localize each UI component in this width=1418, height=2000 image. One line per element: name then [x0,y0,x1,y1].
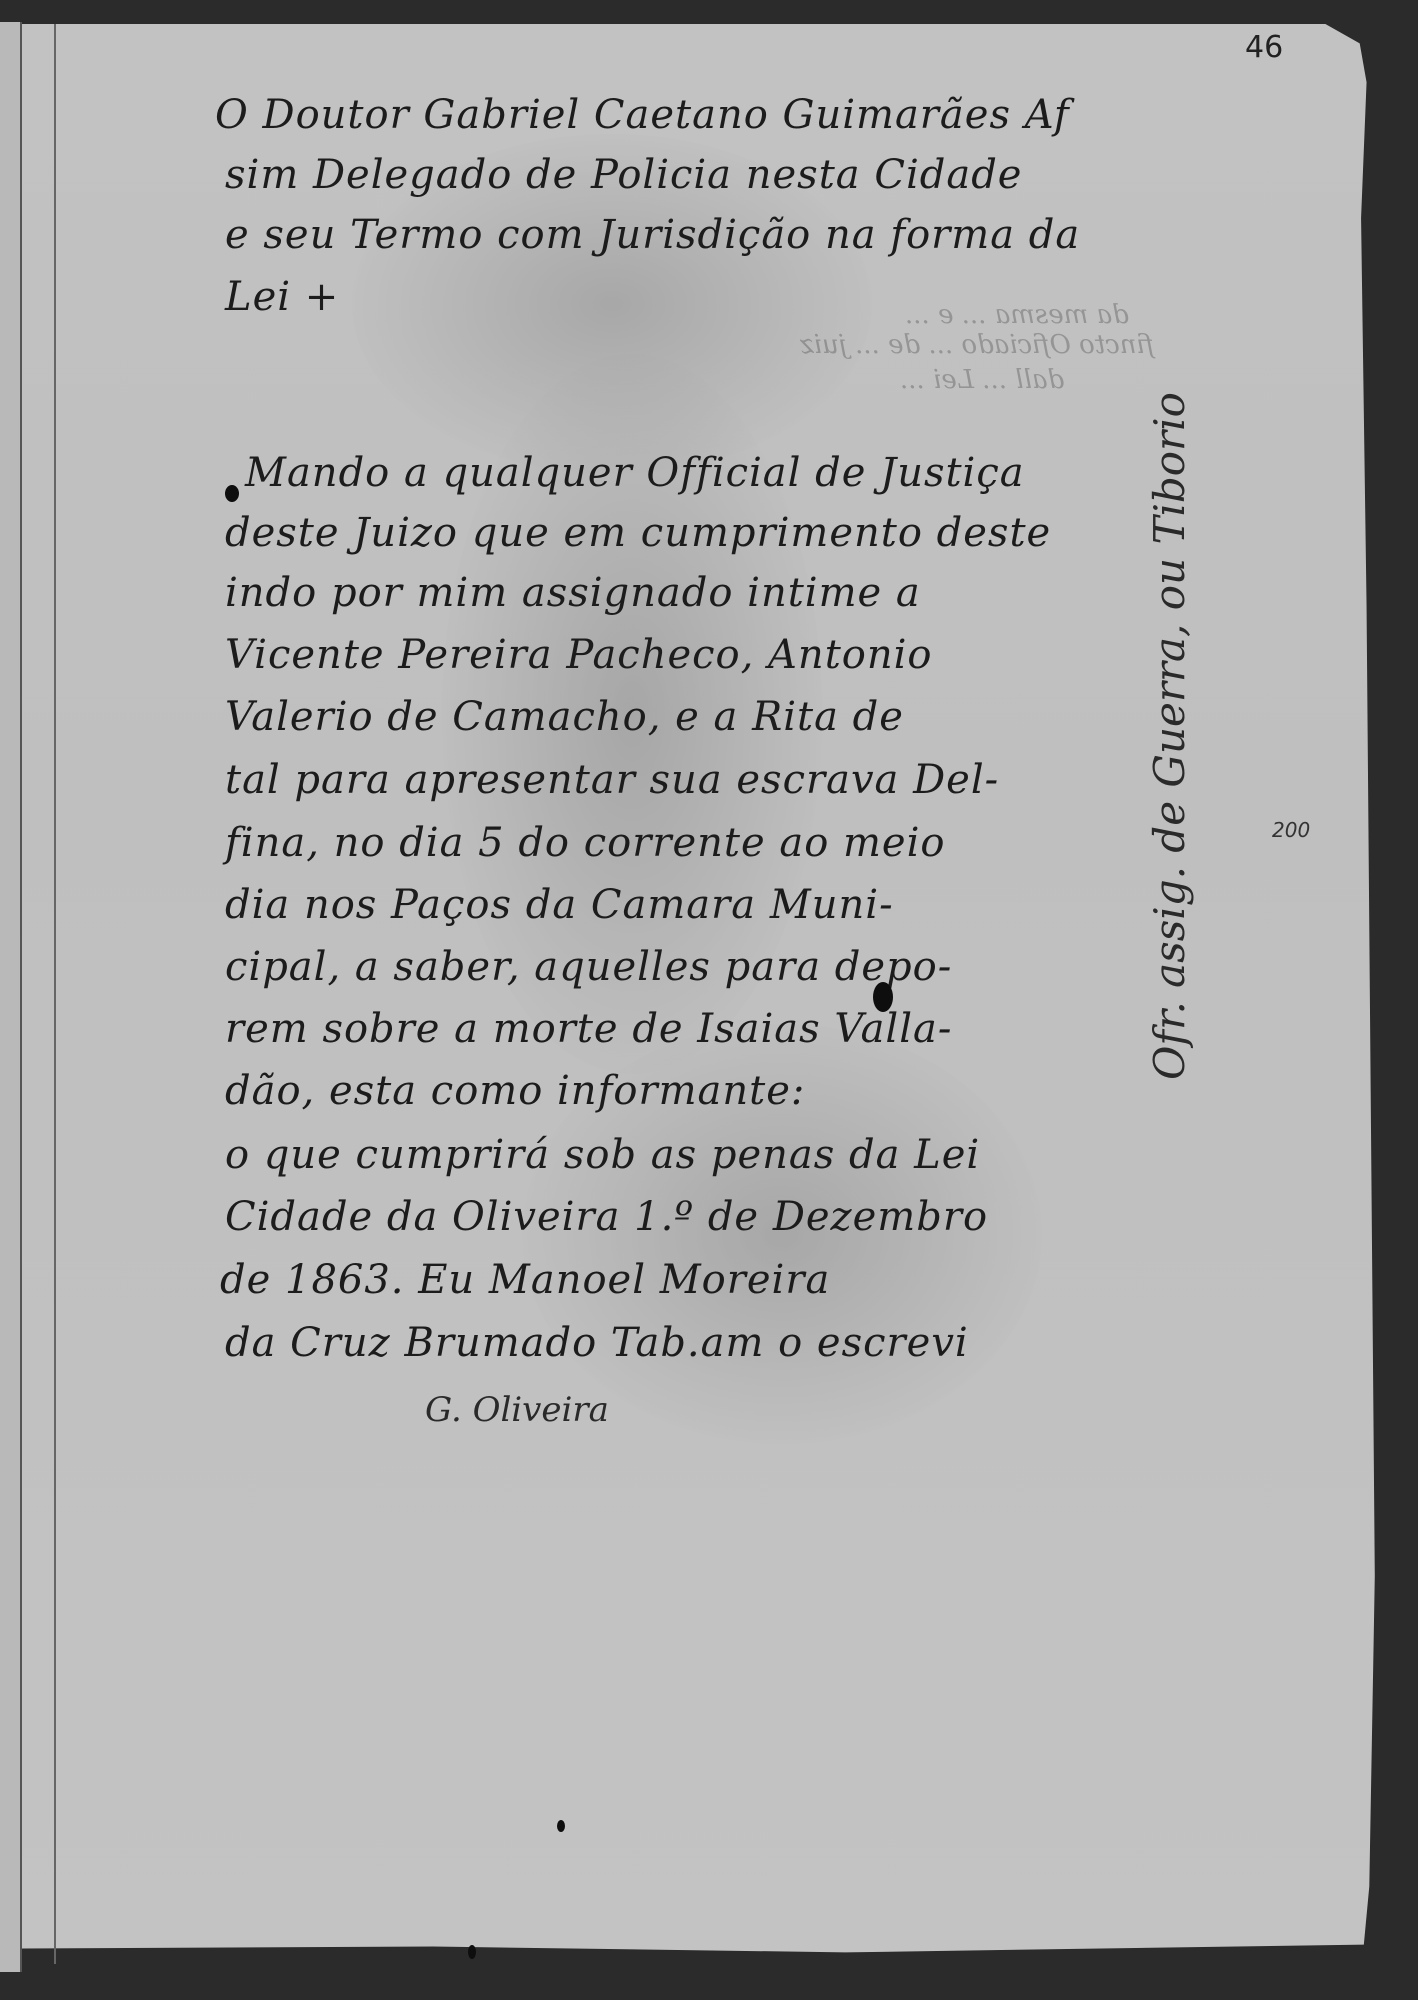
margin-note-vertical: Ofr. assig. de Guerra, ou Tiborio [1145,392,1194,1080]
body-line: da Cruz Brumado Tab.am o escrevi [225,1320,969,1366]
body-line: Valerio de Camacho, e a Rita de [225,694,904,740]
body-line: Cidade da Oliveira 1.º de Dezembro [225,1194,988,1240]
binding-fold [54,24,56,1964]
bleed-through-text: dall ... Lei ... [900,365,1064,395]
ink-blot [557,1820,565,1832]
header-line: O Doutor Gabriel Caetano Guimarães Af [215,92,1070,138]
body-line: de 1863. Eu Manoel Moreira [220,1257,830,1303]
signature: G. Oliveira [425,1390,609,1430]
page-number: 46 [1245,30,1283,65]
body-line: tal para apresentar sua escrava Del- [225,757,999,803]
header-line: sim Delegado de Policia nesta Cidade [225,152,1022,198]
ink-blot [468,1945,476,1959]
body-line: fina, no dia 5 do corrente ao meio [225,820,945,866]
body-line: deste Juizo que em cumprimento deste [225,510,1051,556]
ink-blot [225,485,239,502]
header-line: Lei + [225,274,339,320]
body-line: indo por mim assignado intime a [225,570,921,616]
header-line: e seu Termo com Jurisdição na forma da [225,212,1080,258]
body-line: o que cumprirá sob as penas da Lei [225,1132,980,1178]
body-line: dia nos Paços da Camara Muni- [225,882,894,928]
body-line: Vicente Pereira Pacheco, Antonio [225,632,933,678]
ink-blot [873,982,893,1012]
body-line: cipal, a saber, aquelles para depo- [225,944,952,990]
previous-page-edge [0,22,22,1972]
margin-number: 200 [1272,818,1310,842]
body-line: rem sobre a morte de Isaias Valla- [225,1006,952,1052]
bleed-through-text: da mesma ... e ... [905,300,1129,330]
body-line: Mando a qualquer Official de Justiça [245,450,1025,496]
bleed-through-text: fincto Oficiado ... de ... juiz [800,330,1154,360]
body-line: dão, esta como informante: [225,1068,805,1114]
